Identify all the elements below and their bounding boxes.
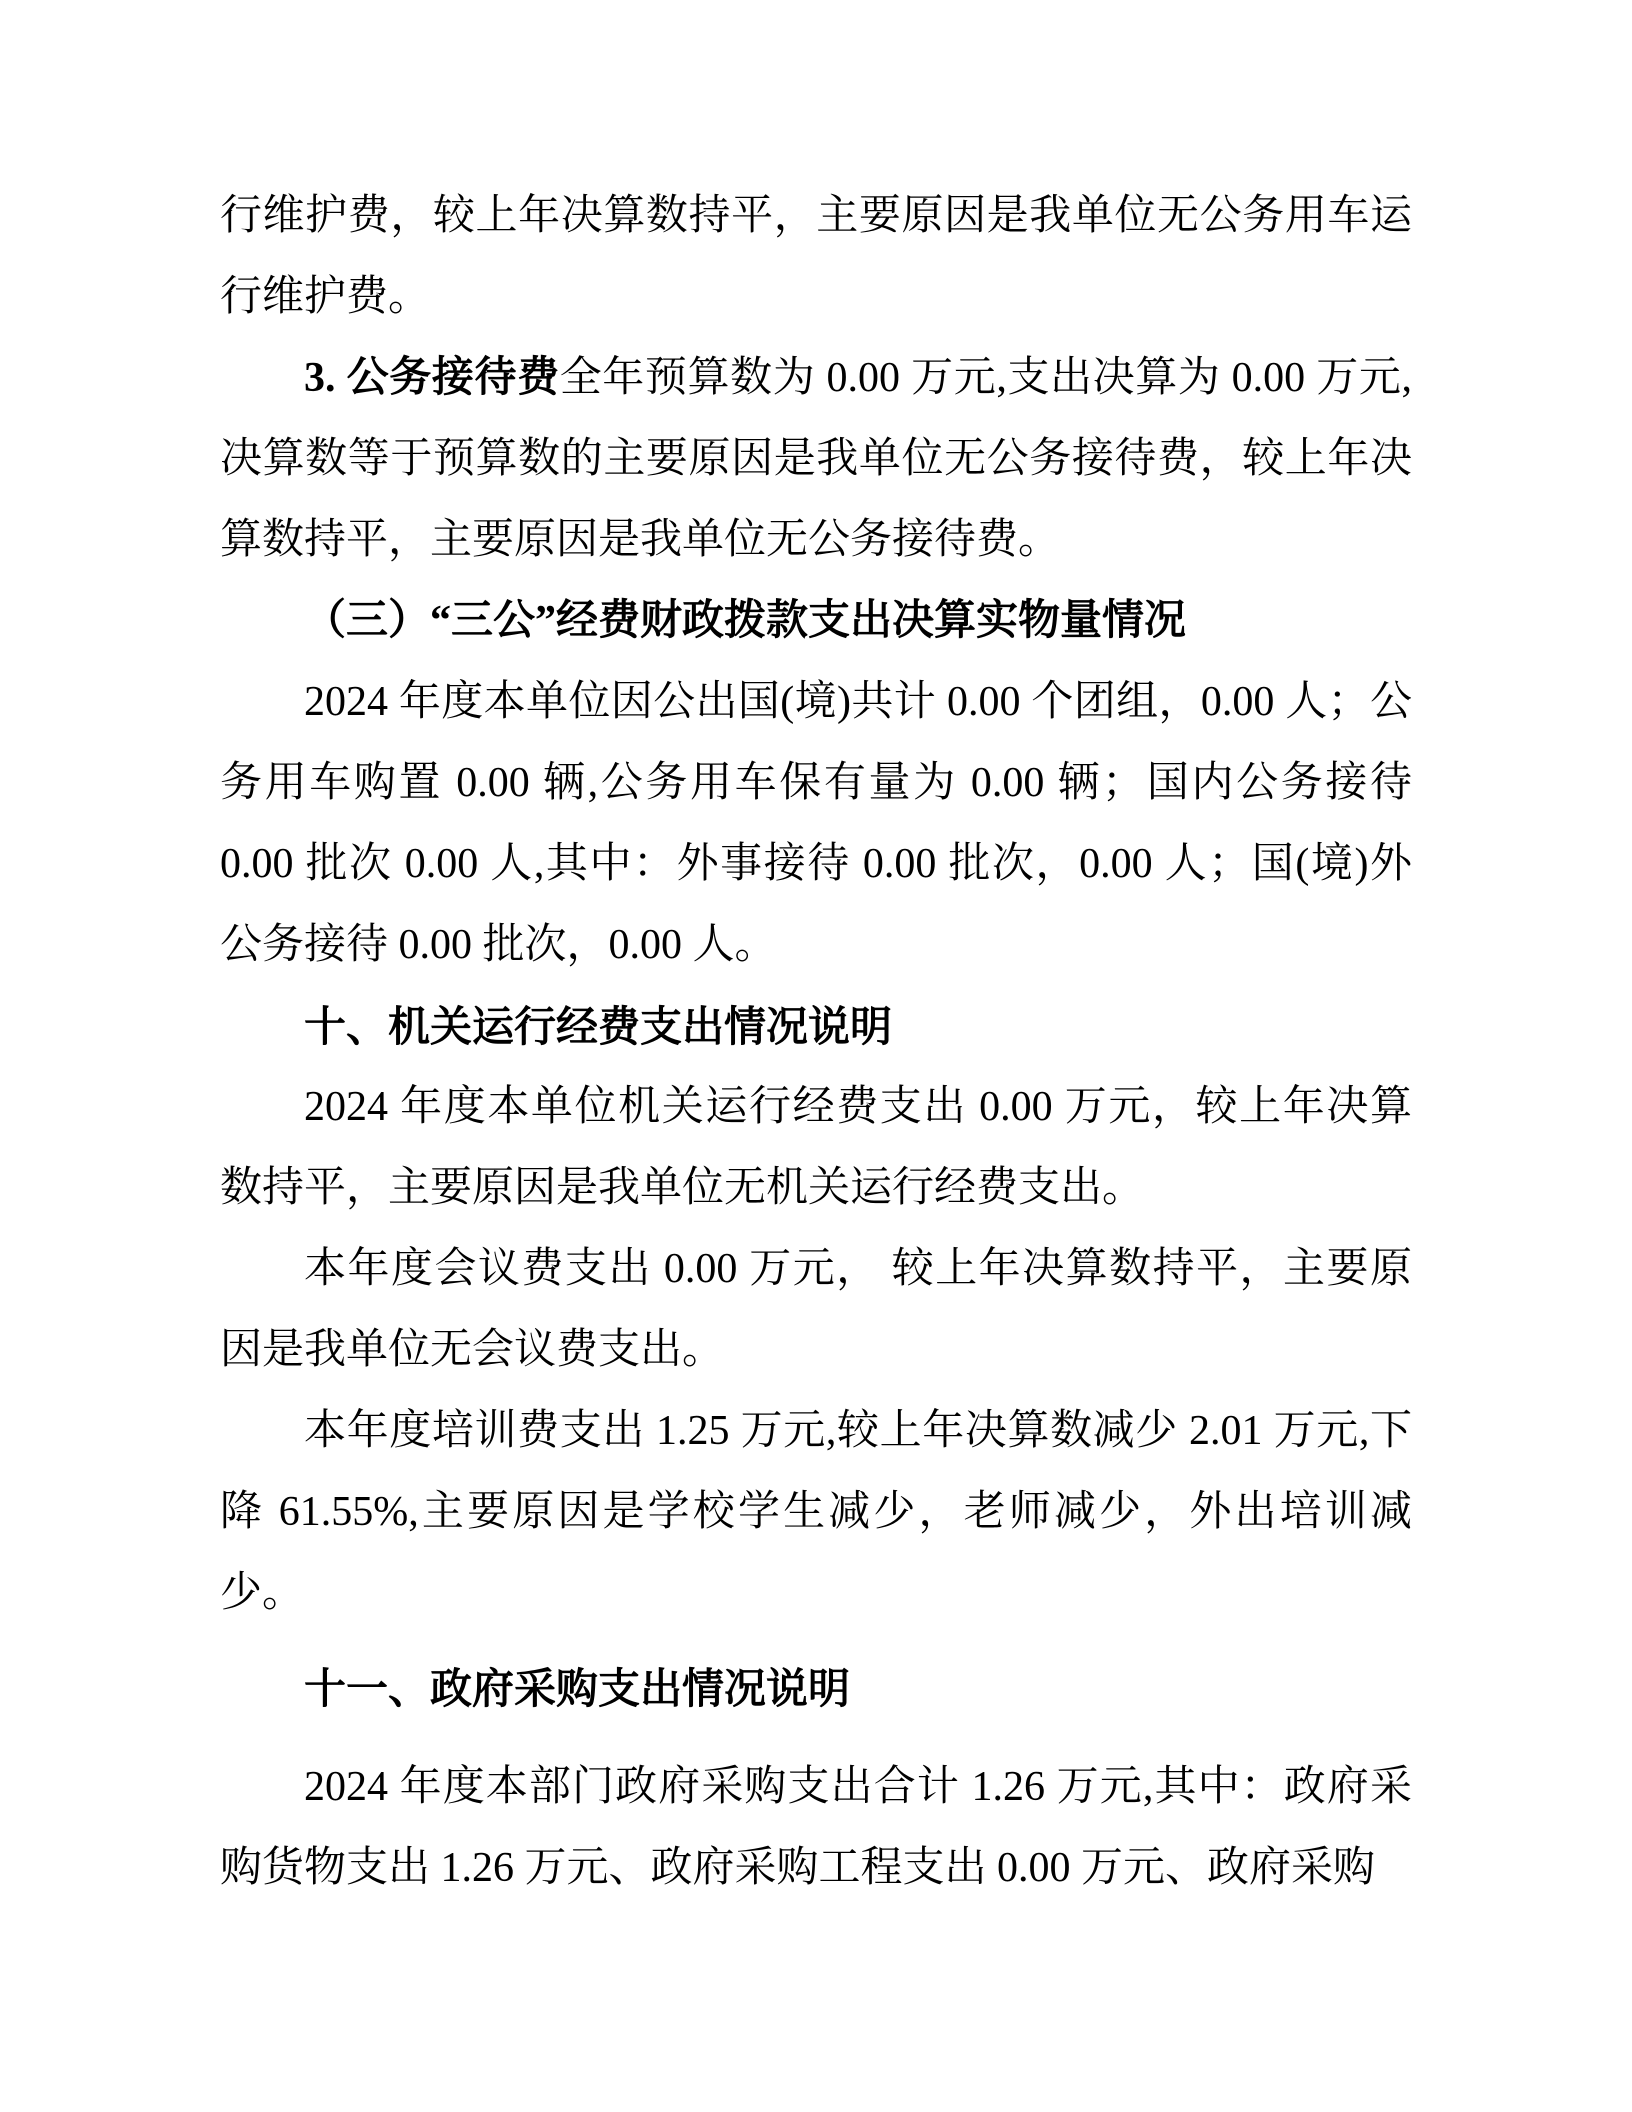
section-heading: （三）“三公”经费财政拨款支出决算实物量情况 bbox=[220, 581, 1412, 662]
paragraph-bold-lead: 3. 公务接待费 bbox=[304, 355, 560, 401]
paragraph: 2024 年度本部门政府采购支出合计 1.26 万元,其中：政府采购货物支出 1… bbox=[220, 1747, 1412, 1909]
section-heading: 十一、政府采购支出情况说明 bbox=[220, 1648, 1412, 1729]
document-body: 行维护费，较上年决算数持平，主要原因是我单位无公务用车运行维护费。3. 公务接待… bbox=[220, 176, 1412, 1909]
paragraph: 2024 年度本单位机关运行经费支出 0.00 万元，较上年决算数持平，主要原因… bbox=[220, 1067, 1412, 1229]
document-page: 行维护费，较上年决算数持平，主要原因是我单位无公务用车运行维护费。3. 公务接待… bbox=[0, 0, 1632, 2112]
paragraph: 3. 公务接待费全年预算数为 0.00 万元,支出决算为 0.00 万元,决算数… bbox=[220, 338, 1412, 581]
paragraph: 2024 年度本单位因公出国(境)共计 0.00 个团组，0.00 人；公务用车… bbox=[220, 662, 1412, 986]
paragraph: 本年度培训费支出 1.25 万元,较上年决算数减少 2.01 万元,下降 61.… bbox=[220, 1391, 1412, 1634]
section-heading: 十、机关运行经费支出情况说明 bbox=[220, 986, 1412, 1067]
paragraph: 本年度会议费支出 0.00 万元， 较上年决算数持平，主要原因是我单位无会议费支… bbox=[220, 1229, 1412, 1391]
paragraph: 行维护费，较上年决算数持平，主要原因是我单位无公务用车运行维护费。 bbox=[220, 176, 1412, 338]
